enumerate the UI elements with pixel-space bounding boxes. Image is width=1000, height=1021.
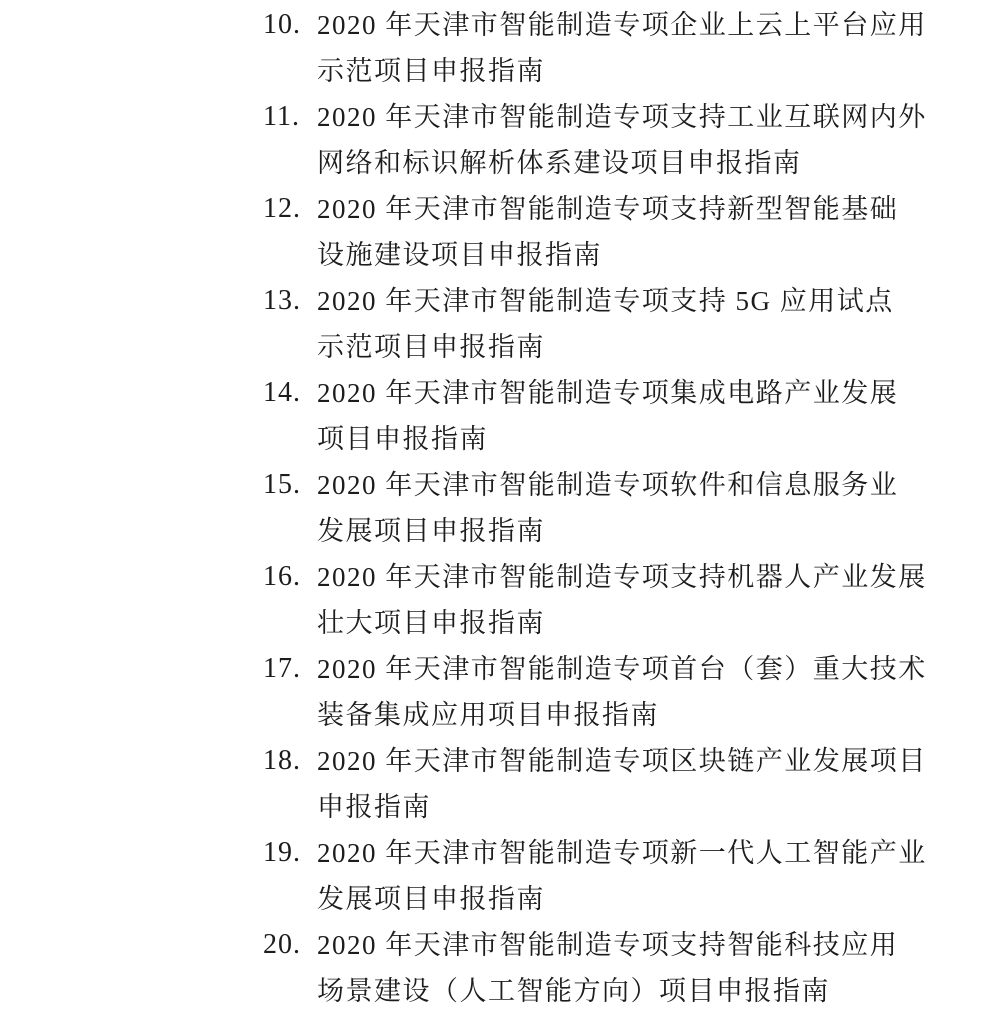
list-item-number: 19.: [263, 830, 317, 876]
list-item-line: 壮大项目申报指南: [317, 600, 927, 646]
list-item-line: 2020 年天津市智能制造专项支持 5G 应用试点: [317, 278, 923, 324]
list-item-number: 10.: [263, 2, 317, 48]
list-item: 14. 2020 年天津市智能制造专项集成电路产业发展 项目申报指南: [263, 370, 923, 462]
list-item-line: 2020 年天津市智能制造专项支持新型智能基础: [317, 186, 923, 232]
list-item-line: 网络和标识解析体系建设项目申报指南: [317, 140, 927, 186]
guide-list: 10. 2020 年天津市智能制造专项企业上云上平台应用 示范项目申报指南 11…: [263, 2, 923, 1014]
list-item-text: 2020 年天津市智能制造专项区块链产业发展项目 申报指南: [317, 738, 927, 830]
list-item-line: 2020 年天津市智能制造专项集成电路产业发展: [317, 370, 923, 416]
list-item-number: 11.: [263, 94, 317, 140]
list-item: 18. 2020 年天津市智能制造专项区块链产业发展项目 申报指南: [263, 738, 923, 830]
list-item-text: 2020 年天津市智能制造专项首台（套）重大技术 装备集成应用项目申报指南: [317, 646, 927, 738]
list-item-number: 12.: [263, 186, 317, 232]
list-item-line: 2020 年天津市智能制造专项软件和信息服务业: [317, 462, 923, 508]
list-item-line: 2020 年天津市智能制造专项支持工业互联网内外: [317, 94, 927, 140]
list-item-text: 2020 年天津市智能制造专项支持智能科技应用 场景建设（人工智能方向）项目申报…: [317, 922, 923, 1014]
list-item-number: 16.: [263, 554, 317, 600]
list-item: 11. 2020 年天津市智能制造专项支持工业互联网内外 网络和标识解析体系建设…: [263, 94, 923, 186]
list-item-number: 13.: [263, 278, 317, 324]
list-item-text: 2020 年天津市智能制造专项支持机器人产业发展 壮大项目申报指南: [317, 554, 927, 646]
list-item-line: 2020 年天津市智能制造专项区块链产业发展项目: [317, 738, 927, 784]
list-item-line: 设施建设项目申报指南: [317, 232, 923, 278]
list-item-text: 2020 年天津市智能制造专项软件和信息服务业 发展项目申报指南: [317, 462, 923, 554]
list-item: 17. 2020 年天津市智能制造专项首台（套）重大技术 装备集成应用项目申报指…: [263, 646, 923, 738]
list-item-line: 发展项目申报指南: [317, 508, 923, 554]
list-item-text: 2020 年天津市智能制造专项集成电路产业发展 项目申报指南: [317, 370, 923, 462]
list-item-text: 2020 年天津市智能制造专项企业上云上平台应用 示范项目申报指南: [317, 2, 927, 94]
list-item-number: 17.: [263, 646, 317, 692]
list-item-text: 2020 年天津市智能制造专项支持 5G 应用试点 示范项目申报指南: [317, 278, 923, 370]
list-item-line: 示范项目申报指南: [317, 324, 923, 370]
list-item-line: 装备集成应用项目申报指南: [317, 692, 927, 738]
list-item-text: 2020 年天津市智能制造专项支持工业互联网内外 网络和标识解析体系建设项目申报…: [317, 94, 927, 186]
list-item-line: 项目申报指南: [317, 416, 923, 462]
list-item-text: 2020 年天津市智能制造专项新一代人工智能产业 发展项目申报指南: [317, 830, 927, 922]
list-item: 16. 2020 年天津市智能制造专项支持机器人产业发展 壮大项目申报指南: [263, 554, 923, 646]
list-item-number: 14.: [263, 370, 317, 416]
document-page: 10. 2020 年天津市智能制造专项企业上云上平台应用 示范项目申报指南 11…: [0, 0, 1000, 1021]
list-item-line: 场景建设（人工智能方向）项目申报指南: [317, 968, 923, 1014]
list-item-line: 2020 年天津市智能制造专项企业上云上平台应用: [317, 2, 927, 48]
list-item: 13. 2020 年天津市智能制造专项支持 5G 应用试点 示范项目申报指南: [263, 278, 923, 370]
list-item-line: 2020 年天津市智能制造专项支持机器人产业发展: [317, 554, 927, 600]
list-item-number: 18.: [263, 738, 317, 784]
list-item: 12. 2020 年天津市智能制造专项支持新型智能基础 设施建设项目申报指南: [263, 186, 923, 278]
list-item: 15. 2020 年天津市智能制造专项软件和信息服务业 发展项目申报指南: [263, 462, 923, 554]
list-item-line: 示范项目申报指南: [317, 48, 927, 94]
list-item: 19. 2020 年天津市智能制造专项新一代人工智能产业 发展项目申报指南: [263, 830, 923, 922]
list-item-number: 20.: [263, 922, 317, 968]
list-item-line: 2020 年天津市智能制造专项新一代人工智能产业: [317, 830, 927, 876]
list-item: 20. 2020 年天津市智能制造专项支持智能科技应用 场景建设（人工智能方向）…: [263, 922, 923, 1014]
list-item-line: 申报指南: [317, 784, 927, 830]
list-item-number: 15.: [263, 462, 317, 508]
list-item-text: 2020 年天津市智能制造专项支持新型智能基础 设施建设项目申报指南: [317, 186, 923, 278]
list-item-line: 2020 年天津市智能制造专项首台（套）重大技术: [317, 646, 927, 692]
list-item-line: 2020 年天津市智能制造专项支持智能科技应用: [317, 922, 923, 968]
list-item-line: 发展项目申报指南: [317, 876, 927, 922]
list-item: 10. 2020 年天津市智能制造专项企业上云上平台应用 示范项目申报指南: [263, 2, 923, 94]
